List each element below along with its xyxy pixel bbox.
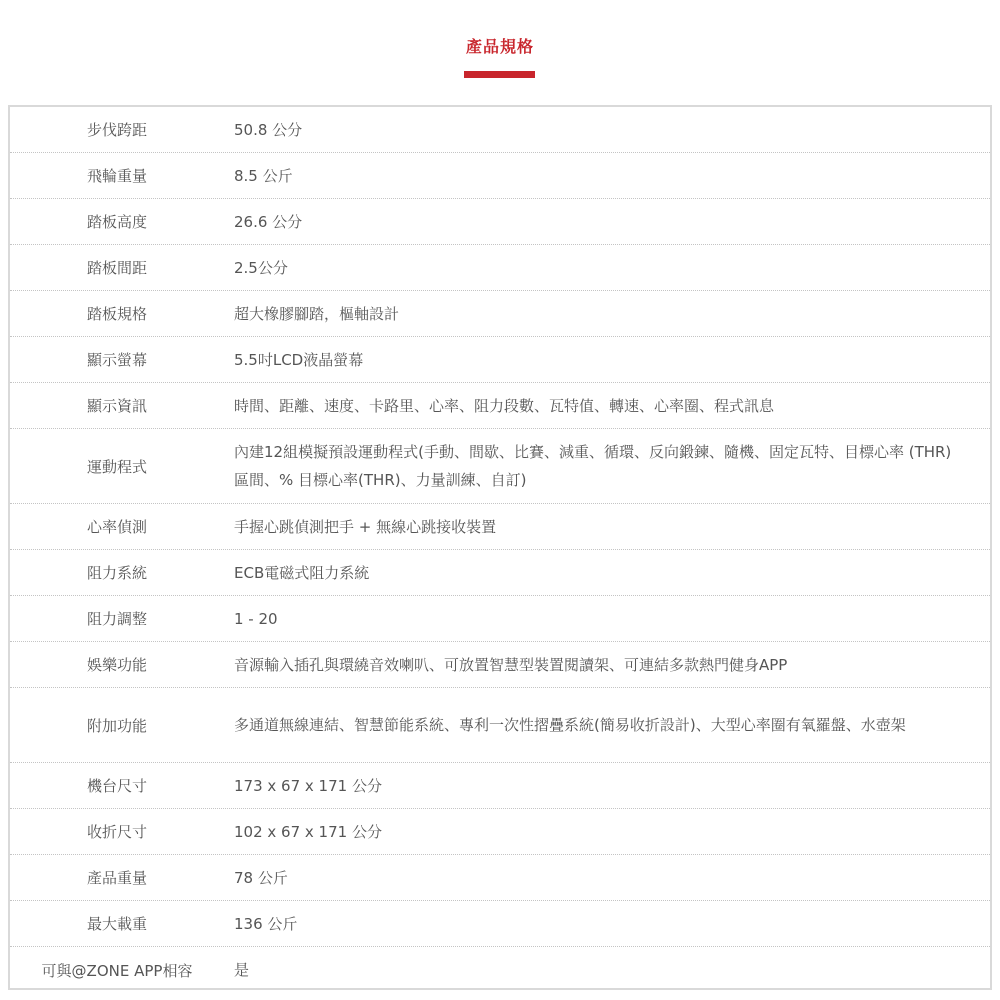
- spec-label: 娛樂功能: [10, 654, 224, 675]
- title-underline: [464, 71, 535, 78]
- spec-row-machine-dimensions: 機台尺寸 173 x 67 x 171 公分: [10, 763, 990, 809]
- spec-row-max-load: 最大載重 136 公斤: [10, 901, 990, 947]
- spec-value: 136 公斤: [224, 910, 990, 938]
- spec-label: 機台尺寸: [10, 775, 224, 796]
- spec-value: 173 x 67 x 171 公分: [224, 772, 990, 800]
- spec-label: 踏板高度: [10, 211, 224, 232]
- spec-row-pedal-spacing: 踏板間距 2.5公分: [10, 245, 990, 291]
- spec-value: 多通道無線連結、智慧節能系統、專利一次性摺疊系統(簡易收折設計)、大型心率圈有氧…: [224, 711, 990, 739]
- spec-label: 踏板規格: [10, 303, 224, 324]
- spec-row-workout-programs: 運動程式 內建12組模擬預設運動程式(手動、間歇、比賽、減重、循環、反向鍛鍊、隨…: [10, 429, 990, 504]
- spec-row-app-compatibility: 可與@ZONE APP相容 是: [10, 947, 990, 993]
- spec-label: 可與@ZONE APP相容: [10, 960, 224, 981]
- spec-value: 內建12組模擬預設運動程式(手動、間歇、比賽、減重、循環、反向鍛鍊、隨機、固定瓦…: [224, 438, 990, 494]
- spec-label: 產品重量: [10, 867, 224, 888]
- spec-value: 手握心跳偵測把手 + 無線心跳接收裝置: [224, 513, 990, 541]
- spec-row-pedal-height: 踏板高度 26.6 公分: [10, 199, 990, 245]
- section-title: 產品規格: [0, 34, 1000, 57]
- spec-label: 飛輪重量: [10, 165, 224, 186]
- spec-row-display-screen: 顯示螢幕 5.5吋LCD液晶螢幕: [10, 337, 990, 383]
- spec-value: 1 - 20: [224, 605, 990, 633]
- spec-value: 78 公斤: [224, 864, 990, 892]
- spec-value: 音源輸入插孔與環繞音效喇叭、可放置智慧型裝置閱讀架、可連結多款熱門健身APP: [224, 651, 990, 679]
- spec-value: 8.5 公斤: [224, 162, 990, 190]
- section-header: 產品規格: [0, 0, 1000, 105]
- spec-row-extra-features: 附加功能 多通道無線連結、智慧節能系統、專利一次性摺疊系統(簡易收折設計)、大型…: [10, 688, 990, 763]
- spec-row-display-info: 顯示資訊 時間、距離、速度、卡路里、心率、阻力段數、瓦特值、轉速、心率圈、程式訊…: [10, 383, 990, 429]
- spec-value: 時間、距離、速度、卡路里、心率、阻力段數、瓦特值、轉速、心率圈、程式訊息: [224, 392, 990, 420]
- spec-row-resistance-levels: 阻力調整 1 - 20: [10, 596, 990, 642]
- spec-row-folded-dimensions: 收折尺寸 102 x 67 x 171 公分: [10, 809, 990, 855]
- spec-label: 顯示資訊: [10, 395, 224, 416]
- spec-label: 顯示螢幕: [10, 349, 224, 370]
- spec-row-product-weight: 產品重量 78 公斤: [10, 855, 990, 901]
- spec-label: 步伐跨距: [10, 119, 224, 140]
- spec-value: 50.8 公分: [224, 116, 990, 144]
- spec-value: 5.5吋LCD液晶螢幕: [224, 346, 990, 374]
- spec-label: 心率偵測: [10, 516, 224, 537]
- spec-value: 是: [224, 956, 990, 984]
- spec-value: 超大橡膠腳踏，樞軸設計: [224, 300, 990, 328]
- spec-label: 阻力系統: [10, 562, 224, 583]
- spec-label: 最大載重: [10, 913, 224, 934]
- spec-row-resistance-system: 阻力系統 ECB電磁式阻力系統: [10, 550, 990, 596]
- spec-row-heart-rate: 心率偵測 手握心跳偵測把手 + 無線心跳接收裝置: [10, 504, 990, 550]
- spec-row-entertainment: 娛樂功能 音源輸入插孔與環繞音效喇叭、可放置智慧型裝置閱讀架、可連結多款熱門健身…: [10, 642, 990, 688]
- spec-value: 2.5公分: [224, 254, 990, 282]
- spec-label: 收折尺寸: [10, 821, 224, 842]
- spec-label: 附加功能: [10, 715, 224, 736]
- spec-value: 26.6 公分: [224, 208, 990, 236]
- spec-table: 步伐跨距 50.8 公分 飛輪重量 8.5 公斤 踏板高度 26.6 公分 踏板…: [8, 105, 992, 990]
- spec-value: ECB電磁式阻力系統: [224, 559, 990, 587]
- spec-label: 運動程式: [10, 456, 224, 477]
- spec-label: 踏板間距: [10, 257, 224, 278]
- spec-row-stride-length: 步伐跨距 50.8 公分: [10, 107, 990, 153]
- spec-row-pedal-spec: 踏板規格 超大橡膠腳踏，樞軸設計: [10, 291, 990, 337]
- spec-label: 阻力調整: [10, 608, 224, 629]
- spec-value: 102 x 67 x 171 公分: [224, 818, 990, 846]
- spec-row-flywheel-weight: 飛輪重量 8.5 公斤: [10, 153, 990, 199]
